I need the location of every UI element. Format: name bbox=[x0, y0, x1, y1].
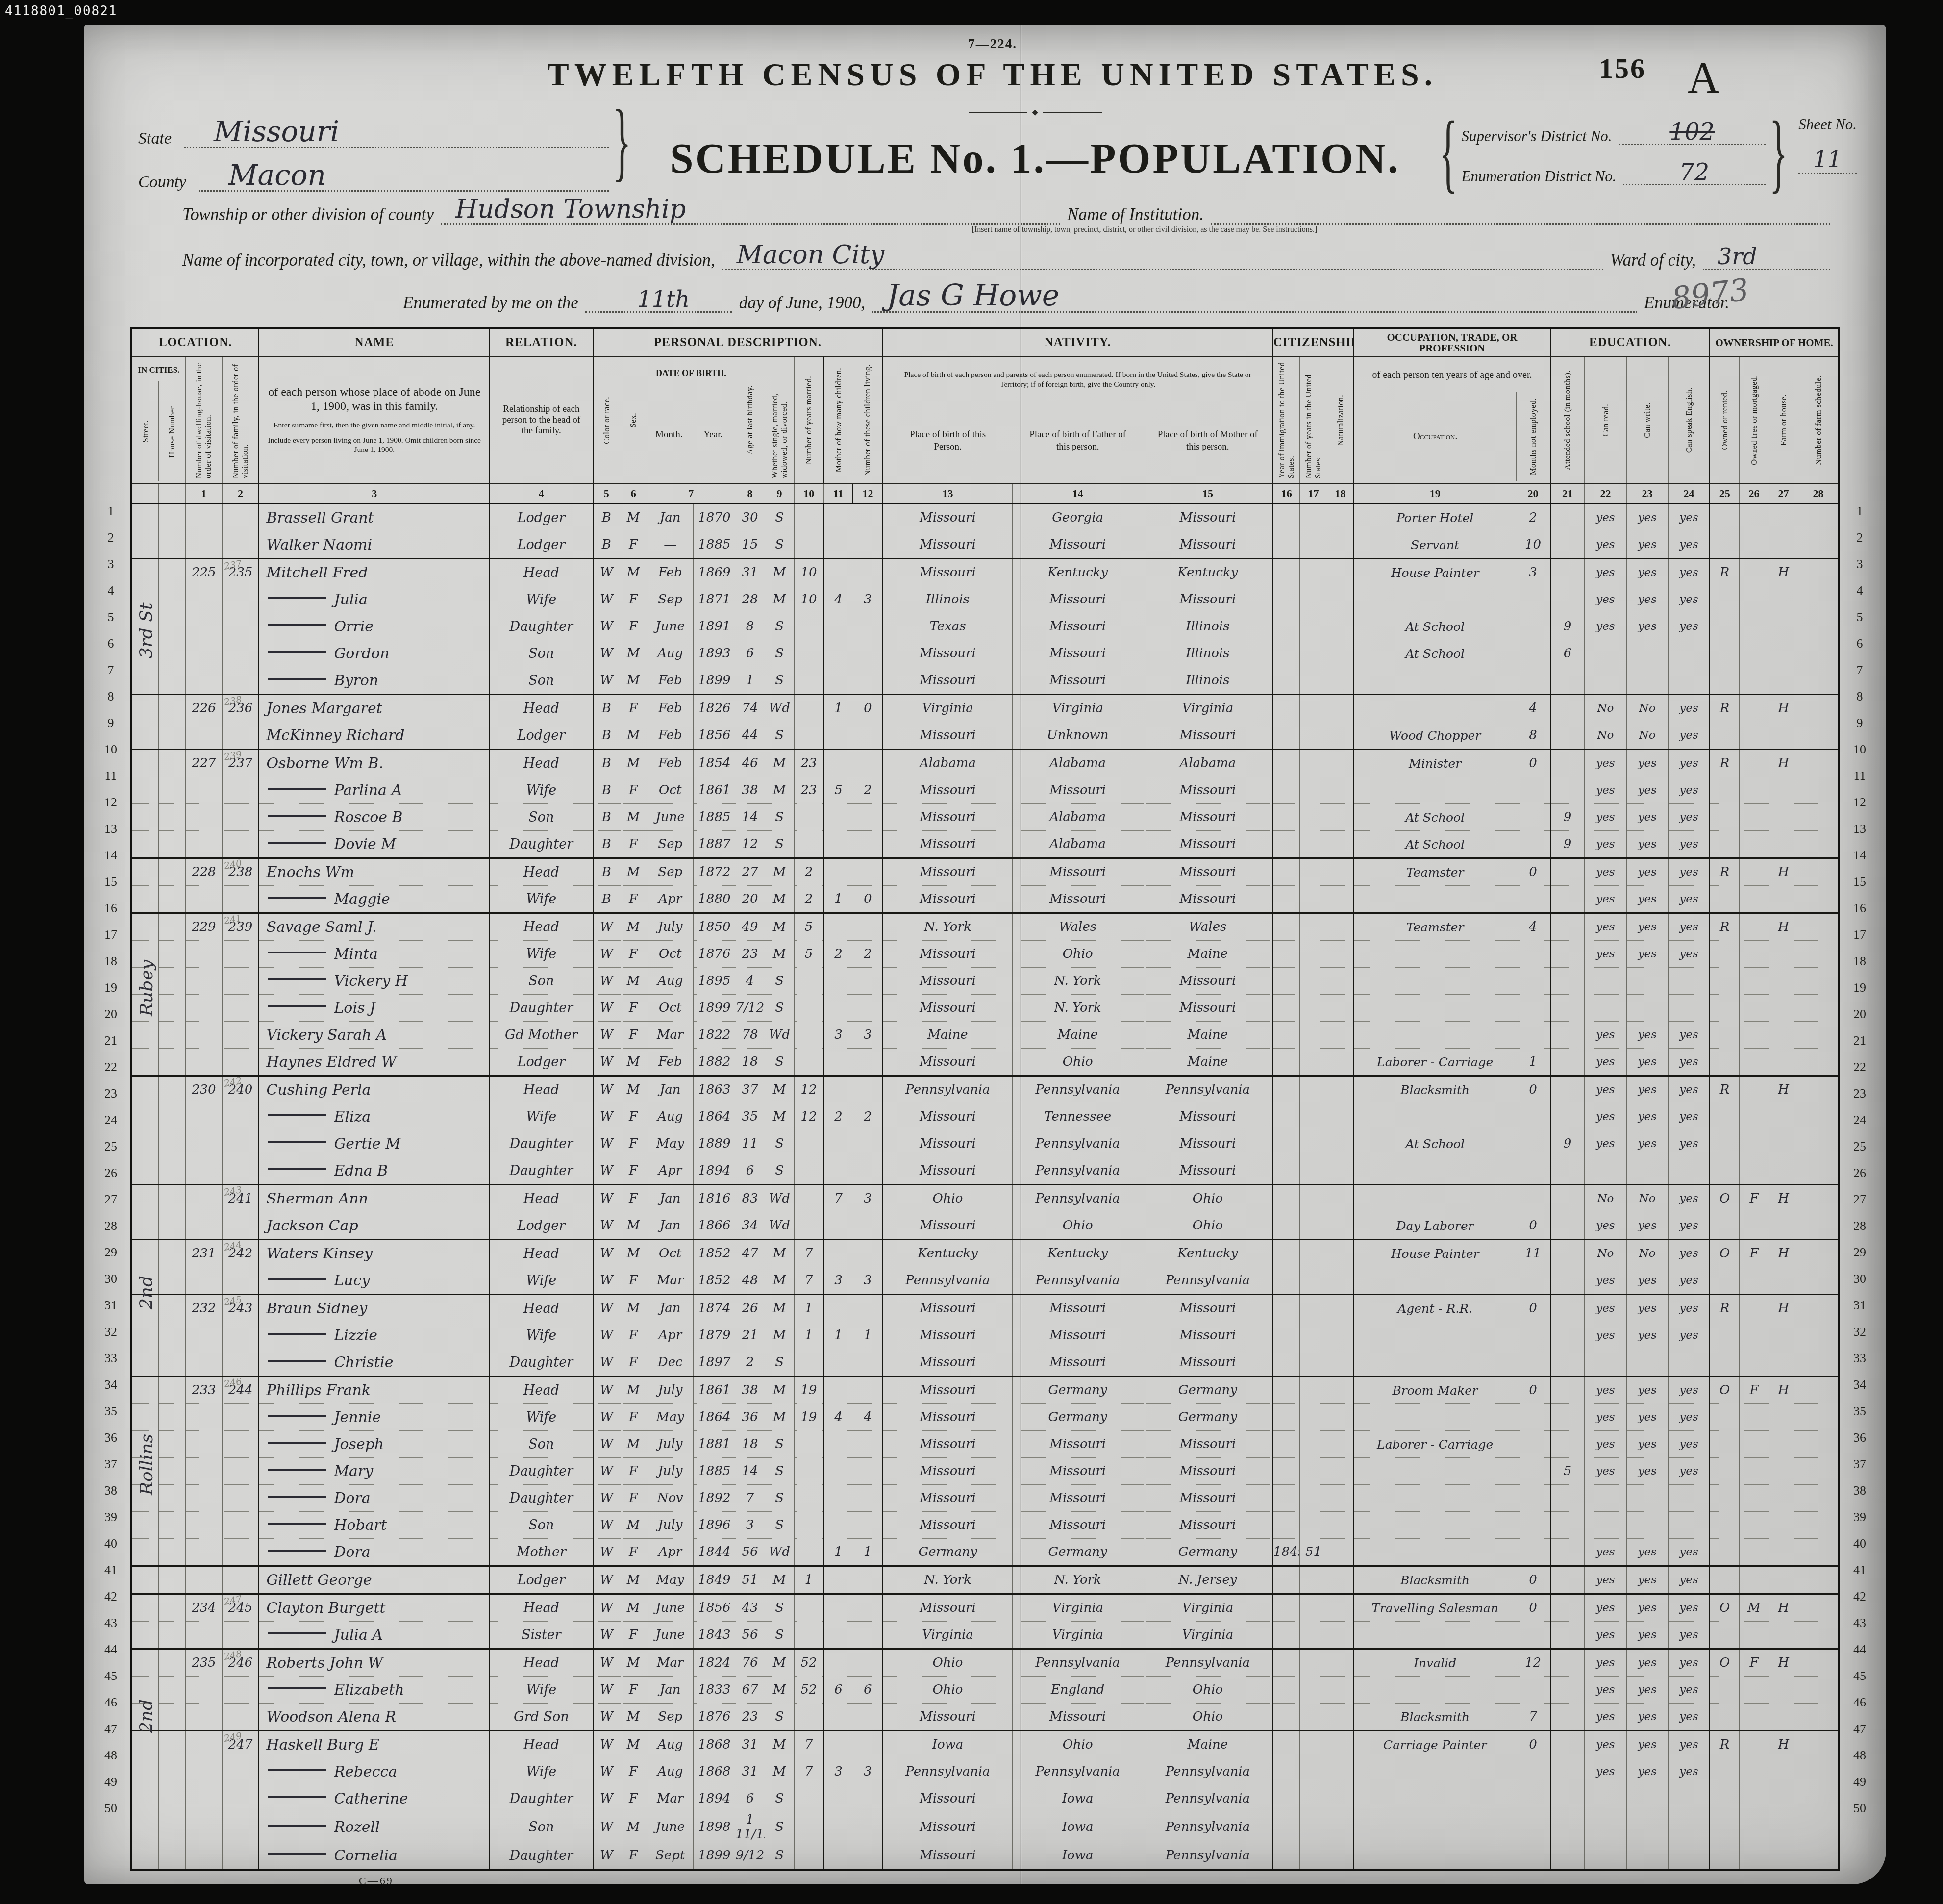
table-row: Vickery HSonWMAug18954SMissouriN. YorkMi… bbox=[131, 968, 1839, 995]
state-value: Missouri bbox=[184, 117, 609, 148]
page-title: TWELFTH CENSUS OF THE UNITED STATES. bbox=[128, 56, 1857, 94]
table-cell bbox=[1668, 640, 1710, 667]
table-cell: 1 bbox=[823, 1539, 853, 1566]
table-cell bbox=[1516, 804, 1550, 831]
table-cell: 1892 bbox=[694, 1485, 735, 1512]
table-cell: Jan bbox=[647, 1295, 694, 1322]
table-cell: Gordon bbox=[259, 640, 490, 667]
institution-label: Name of Institution. bbox=[1067, 205, 1204, 225]
table-cell bbox=[794, 1431, 823, 1458]
table-cell bbox=[1550, 941, 1585, 968]
table-cell bbox=[185, 1185, 222, 1212]
table-cell: S bbox=[765, 1842, 794, 1870]
table-cell bbox=[158, 1458, 185, 1485]
table-cell bbox=[1550, 695, 1585, 722]
ornament: ◆ bbox=[635, 107, 1435, 117]
table-cell: 10 bbox=[1516, 531, 1550, 559]
table-cell bbox=[1327, 1076, 1354, 1103]
table-cell: Agent - R.R. bbox=[1354, 1295, 1516, 1322]
table-cell bbox=[1273, 1566, 1300, 1594]
table-cell: M bbox=[620, 1295, 647, 1322]
table-cell: 31 bbox=[735, 1731, 765, 1758]
row-number: 39 bbox=[1840, 1504, 1879, 1530]
table-cell bbox=[222, 1812, 259, 1842]
table-cell bbox=[1300, 504, 1327, 531]
years-married-column-label: Number of years married. bbox=[794, 356, 823, 484]
table-cell: Apr bbox=[647, 1322, 694, 1349]
table-cell bbox=[1327, 1431, 1354, 1458]
table-cell: Maine bbox=[883, 1022, 1013, 1049]
pob-father-column-label: Place of birth of Father of this person. bbox=[1013, 401, 1143, 481]
table-cell bbox=[823, 1812, 853, 1842]
table-cell: yes bbox=[1626, 804, 1668, 831]
table-cell bbox=[1327, 1130, 1354, 1157]
table-cell bbox=[1739, 1267, 1769, 1295]
table-cell: Dovie M bbox=[259, 831, 490, 858]
table-cell bbox=[853, 1485, 882, 1512]
township-value: Hudson Township bbox=[441, 197, 1060, 225]
table-cell bbox=[158, 1649, 185, 1677]
table-cell: yes bbox=[1585, 586, 1626, 613]
row-number: 43 bbox=[1840, 1610, 1879, 1636]
table-cell bbox=[1710, 1049, 1739, 1076]
table-cell bbox=[131, 1594, 158, 1622]
table-cell: 10 bbox=[794, 559, 823, 586]
table-cell bbox=[1300, 586, 1327, 613]
table-cell: Head bbox=[490, 750, 593, 777]
table-cell: 4 bbox=[823, 1404, 853, 1431]
table-cell bbox=[1739, 613, 1769, 640]
table-cell: Pennsylvania bbox=[1013, 1649, 1143, 1677]
table-cell: H bbox=[1769, 1594, 1798, 1622]
table-cell bbox=[823, 1842, 853, 1870]
table-cell: 8 bbox=[1516, 722, 1550, 750]
table-cell: 51 bbox=[1300, 1539, 1327, 1566]
county-line: County Macon bbox=[138, 161, 609, 192]
table-cell: 7 bbox=[1516, 1704, 1550, 1731]
table-cell: 1844 bbox=[694, 1539, 735, 1566]
table-cell: M bbox=[765, 1649, 794, 1677]
table-cell bbox=[1327, 1267, 1354, 1295]
table-cell bbox=[1798, 1022, 1839, 1049]
table-cell bbox=[1327, 586, 1354, 613]
row-number: 18 bbox=[91, 948, 130, 975]
table-cell bbox=[222, 504, 259, 531]
table-cell bbox=[158, 995, 185, 1022]
table-cell bbox=[1798, 695, 1839, 722]
ditto-dash bbox=[268, 978, 326, 980]
table-cell bbox=[1769, 1103, 1798, 1130]
table-cell: W bbox=[593, 1431, 620, 1458]
column-number bbox=[158, 484, 185, 504]
table-cell: Wife bbox=[490, 886, 593, 913]
table-cell: Pennsylvania bbox=[1013, 1185, 1143, 1212]
table-cell bbox=[1626, 640, 1668, 667]
table-cell: 238236 bbox=[222, 695, 259, 722]
row-number: 44 bbox=[1840, 1636, 1879, 1663]
table-cell bbox=[131, 777, 158, 804]
table-cell bbox=[853, 1812, 882, 1842]
row-number: 49 bbox=[1840, 1769, 1879, 1795]
table-cell bbox=[1739, 858, 1769, 886]
table-cell: R bbox=[1710, 913, 1739, 941]
table-cell bbox=[794, 831, 823, 858]
table-cell: Aug bbox=[647, 640, 694, 667]
table-cell bbox=[1300, 1566, 1327, 1594]
table-cell bbox=[158, 1130, 185, 1157]
occupation-column-label: Occupation. bbox=[1354, 392, 1516, 481]
table-cell bbox=[853, 804, 882, 831]
table-cell: 1879 bbox=[694, 1322, 735, 1349]
table-cell bbox=[1798, 586, 1839, 613]
table-cell: 1826 bbox=[694, 695, 735, 722]
table-cell: yes bbox=[1626, 1622, 1668, 1649]
table-cell: Kentucky bbox=[1143, 1240, 1272, 1267]
table-cell bbox=[853, 1731, 882, 1758]
table-cell bbox=[222, 1704, 259, 1731]
table-cell bbox=[1739, 586, 1769, 613]
enumerated-line: Enumerated by me on the 11th day of June… bbox=[403, 281, 1729, 313]
table-cell bbox=[1550, 586, 1585, 613]
table-cell bbox=[853, 858, 882, 886]
table-cell: Byron bbox=[259, 667, 490, 695]
table-cell bbox=[1550, 722, 1585, 750]
table-cell: Maine bbox=[1143, 941, 1272, 968]
table-cell bbox=[222, 1485, 259, 1512]
table-cell bbox=[1710, 1130, 1739, 1157]
table-cell bbox=[1769, 1622, 1798, 1649]
table-cell: Mother bbox=[490, 1539, 593, 1566]
table-cell bbox=[158, 968, 185, 995]
scan-id-label: 4118801_00821 bbox=[5, 4, 118, 19]
table-cell bbox=[1300, 1404, 1327, 1431]
table-cell: W bbox=[593, 586, 620, 613]
table-cell bbox=[1273, 1049, 1300, 1076]
table-cell bbox=[1585, 667, 1626, 695]
table-cell: Brassell Grant bbox=[259, 504, 490, 531]
table-cell: S bbox=[765, 831, 794, 858]
row-number: 39 bbox=[91, 1504, 130, 1530]
table-cell: F bbox=[620, 1842, 647, 1870]
table-cell bbox=[1300, 1622, 1327, 1649]
table-cell bbox=[1273, 531, 1300, 559]
table-cell: Germany bbox=[1143, 1404, 1272, 1431]
table-row: 229241239Savage Saml J.HeadWMJuly185049M… bbox=[131, 913, 1839, 941]
table-cell: 4 bbox=[853, 1404, 882, 1431]
table-cell bbox=[1516, 1130, 1550, 1157]
table-cell: 4 bbox=[823, 586, 853, 613]
table-cell bbox=[131, 750, 158, 777]
table-cell: 14 bbox=[735, 1458, 765, 1485]
table-cell: Porter Hotel bbox=[1354, 504, 1516, 531]
table-cell bbox=[158, 722, 185, 750]
table-cell bbox=[1327, 1758, 1354, 1785]
row-number: 11 bbox=[1840, 763, 1879, 789]
table-cell bbox=[131, 1267, 158, 1295]
table-cell: yes bbox=[1668, 1267, 1710, 1295]
table-cell: Missouri bbox=[1013, 640, 1143, 667]
table-cell bbox=[1327, 804, 1354, 831]
table-cell: F bbox=[620, 995, 647, 1022]
table-cell: 23 bbox=[735, 1704, 765, 1731]
table-cell bbox=[1516, 1185, 1550, 1212]
table-cell: 1882 bbox=[694, 1049, 735, 1076]
table-cell bbox=[1769, 1404, 1798, 1431]
table-cell bbox=[158, 1185, 185, 1212]
table-cell: Missouri bbox=[883, 1130, 1013, 1157]
table-cell: Minister bbox=[1354, 750, 1516, 777]
table-cell: yes bbox=[1668, 1212, 1710, 1240]
group-location: LOCATION. bbox=[131, 328, 259, 356]
table-cell: 2 bbox=[853, 941, 882, 968]
table-cell bbox=[1739, 750, 1769, 777]
table-cell bbox=[1668, 1512, 1710, 1539]
ditto-dash bbox=[268, 1632, 326, 1634]
table-cell bbox=[222, 1322, 259, 1349]
table-cell bbox=[1710, 1758, 1739, 1785]
table-cell bbox=[1273, 1622, 1300, 1649]
table-cell: Wife bbox=[490, 777, 593, 804]
table-cell: Day Laborer bbox=[1354, 1212, 1516, 1240]
table-row: Roscoe BSonBMJune188514SMissouriAlabamaM… bbox=[131, 804, 1839, 831]
table-cell: May bbox=[647, 1404, 694, 1431]
ditto-dash bbox=[268, 1496, 326, 1498]
table-cell: Missouri bbox=[1143, 831, 1272, 858]
table-cell bbox=[1585, 1485, 1626, 1512]
table-cell bbox=[1300, 1295, 1327, 1322]
table-cell: F bbox=[620, 1539, 647, 1566]
column-number: 21 bbox=[1550, 484, 1585, 504]
table-cell bbox=[131, 1377, 158, 1404]
table-cell: 23 bbox=[794, 750, 823, 777]
table-cell: 19 bbox=[794, 1377, 823, 1404]
row-number: 6 bbox=[91, 630, 130, 657]
table-cell: Roscoe B bbox=[259, 804, 490, 831]
table-cell: Missouri bbox=[1013, 1349, 1143, 1377]
table-cell bbox=[1300, 1785, 1327, 1812]
table-cell bbox=[1273, 1649, 1300, 1677]
table-cell bbox=[185, 777, 222, 804]
header-band: State Missouri County Macon } ◆ SCHEDULE… bbox=[128, 104, 1857, 192]
table-cell bbox=[1798, 1377, 1839, 1404]
table-cell bbox=[823, 531, 853, 559]
table-cell: O bbox=[1710, 1594, 1739, 1622]
table-cell bbox=[1273, 1431, 1300, 1458]
table-cell bbox=[1300, 831, 1327, 858]
table-cell: Daughter bbox=[490, 1485, 593, 1512]
table-cell: W bbox=[593, 1049, 620, 1076]
table-cell: Aug bbox=[647, 1731, 694, 1758]
table-cell bbox=[1327, 1649, 1354, 1677]
table-cell: Broom Maker bbox=[1354, 1377, 1516, 1404]
table-cell: Dora bbox=[259, 1539, 490, 1566]
row-number: 11 bbox=[91, 763, 130, 789]
table-cell bbox=[823, 640, 853, 667]
table-cell: Eliza bbox=[259, 1103, 490, 1130]
table-cell: W bbox=[593, 1622, 620, 1649]
table-cell bbox=[1798, 1758, 1839, 1785]
table-cell: N. York bbox=[1013, 995, 1143, 1022]
table-cell: F bbox=[620, 777, 647, 804]
table-cell: 227 bbox=[185, 750, 222, 777]
table-cell: yes bbox=[1668, 586, 1710, 613]
table-cell: W bbox=[593, 1758, 620, 1785]
table-cell: Jan bbox=[647, 504, 694, 531]
table-cell bbox=[853, 968, 882, 995]
table-cell: W bbox=[593, 559, 620, 586]
table-row: GordonSonWMAug18936SMissouriMissouriIlli… bbox=[131, 640, 1839, 667]
table-cell: Blacksmith bbox=[1354, 1076, 1516, 1103]
table-cell bbox=[1300, 640, 1327, 667]
table-cell bbox=[185, 1157, 222, 1185]
row-number: 41 bbox=[91, 1557, 130, 1583]
table-cell: Alabama bbox=[1143, 750, 1272, 777]
table-cell bbox=[1769, 1785, 1798, 1812]
table-cell: Maine bbox=[1143, 1049, 1272, 1076]
table-cell bbox=[1516, 1322, 1550, 1349]
table-cell: N. York bbox=[883, 913, 1013, 941]
table-cell bbox=[1739, 1322, 1769, 1349]
table-cell: Head bbox=[490, 1649, 593, 1677]
table-cell: 21 bbox=[735, 1322, 765, 1349]
table-cell: F bbox=[1739, 1377, 1769, 1404]
table-cell: 243241 bbox=[222, 1185, 259, 1212]
table-cell: W bbox=[593, 1566, 620, 1594]
table-cell bbox=[1327, 1458, 1354, 1485]
row-number: 42 bbox=[1840, 1583, 1879, 1610]
table-cell: S bbox=[765, 1812, 794, 1842]
column-number: 9 bbox=[765, 484, 794, 504]
table-cell: Alabama bbox=[883, 750, 1013, 777]
table-cell bbox=[1739, 559, 1769, 586]
table-cell bbox=[1739, 1458, 1769, 1485]
table-cell: 1889 bbox=[694, 1130, 735, 1157]
table-cell bbox=[1516, 1842, 1550, 1870]
table-cell: N. Jersey bbox=[1143, 1566, 1272, 1594]
table-cell: 2 bbox=[823, 1103, 853, 1130]
table-cell: 3 bbox=[823, 1022, 853, 1049]
pencil-renumber: 243 bbox=[223, 1185, 243, 1198]
table-cell bbox=[1354, 1512, 1516, 1539]
table-cell: Orrie bbox=[259, 613, 490, 640]
table-cell bbox=[1769, 941, 1798, 968]
table-cell bbox=[1626, 1512, 1668, 1539]
table-cell bbox=[794, 1212, 823, 1240]
table-cell bbox=[853, 559, 882, 586]
table-cell: F bbox=[620, 1322, 647, 1349]
ditto-dash bbox=[268, 1796, 326, 1798]
table-cell bbox=[1739, 913, 1769, 941]
table-cell bbox=[1769, 1812, 1798, 1842]
table-cell bbox=[1354, 777, 1516, 804]
table-cell: 0 bbox=[1516, 1076, 1550, 1103]
ditto-dash bbox=[268, 1360, 326, 1362]
enumeration-district-line: Enumeration District No. 72 bbox=[1461, 162, 1765, 186]
pencil-renumber: 239 bbox=[223, 750, 243, 763]
row-number: 22 bbox=[1840, 1054, 1879, 1080]
table-cell: Julia A bbox=[259, 1622, 490, 1649]
table-cell: M bbox=[620, 1512, 647, 1539]
row-number: 25 bbox=[91, 1133, 130, 1160]
row-number: 13 bbox=[1840, 816, 1879, 842]
table-cell bbox=[1300, 941, 1327, 968]
table-cell: 1 bbox=[794, 1322, 823, 1349]
table-cell bbox=[1273, 1785, 1300, 1812]
table-cell bbox=[185, 968, 222, 995]
table-cell bbox=[185, 1731, 222, 1758]
table-cell: yes bbox=[1626, 941, 1668, 968]
table-cell bbox=[1354, 667, 1516, 695]
table-cell bbox=[1300, 1130, 1327, 1157]
table-cell: yes bbox=[1668, 1649, 1710, 1677]
table-cell bbox=[1585, 640, 1626, 667]
table-cell bbox=[1798, 1349, 1839, 1377]
table-cell bbox=[823, 1431, 853, 1458]
pencil-renumber: 249 bbox=[223, 1731, 243, 1744]
table-cell: yes bbox=[1626, 913, 1668, 941]
table-cell bbox=[1798, 613, 1839, 640]
table-cell bbox=[185, 1758, 222, 1785]
table-cell bbox=[1769, 1431, 1798, 1458]
table-cell bbox=[222, 1404, 259, 1431]
table-cell bbox=[131, 1212, 158, 1240]
table-cell: Missouri bbox=[883, 995, 1013, 1022]
table-cell bbox=[1739, 1022, 1769, 1049]
table-cell: yes bbox=[1668, 1704, 1710, 1731]
table-cell bbox=[1550, 1076, 1585, 1103]
table-cell: Mar bbox=[647, 1022, 694, 1049]
table-cell bbox=[1273, 1677, 1300, 1704]
table-cell bbox=[158, 804, 185, 831]
table-cell bbox=[185, 1842, 222, 1870]
table-cell bbox=[823, 1731, 853, 1758]
table-cell bbox=[1739, 831, 1769, 858]
table-cell: M bbox=[765, 1295, 794, 1322]
table-cell: yes bbox=[1626, 831, 1668, 858]
row-number: 12 bbox=[1840, 789, 1879, 816]
table-cell: 1887 bbox=[694, 831, 735, 858]
enumerator-name: Jas G Howe bbox=[872, 281, 1637, 313]
table-cell bbox=[1710, 1431, 1739, 1458]
table-cell bbox=[1798, 913, 1839, 941]
table-cell: Mar bbox=[647, 1785, 694, 1812]
table-cell bbox=[158, 1267, 185, 1295]
table-cell bbox=[853, 1842, 882, 1870]
table-cell bbox=[131, 1322, 158, 1349]
table-cell bbox=[131, 995, 158, 1022]
table-cell bbox=[1516, 1103, 1550, 1130]
table-cell: 0 bbox=[1516, 1212, 1550, 1240]
table-cell bbox=[1300, 1704, 1327, 1731]
table-cell bbox=[1769, 1212, 1798, 1240]
table-cell bbox=[1769, 1485, 1798, 1512]
table-cell bbox=[131, 1812, 158, 1842]
table-cell: 35 bbox=[735, 1103, 765, 1130]
table-cell bbox=[185, 1322, 222, 1349]
table-cell bbox=[1354, 695, 1516, 722]
group-header-row: LOCATION. NAME RELATION. PERSONAL DESCRI… bbox=[131, 328, 1839, 356]
table-cell: Pennsylvania bbox=[1013, 1157, 1143, 1185]
table-cell bbox=[1798, 1677, 1839, 1704]
supervisor-district-line: Supervisor's District No. 102 bbox=[1461, 121, 1765, 145]
table-row: 249247Haskell Burg EHeadWMAug186831M7Iow… bbox=[131, 1731, 1839, 1758]
table-cell: Pennsylvania bbox=[1013, 1267, 1143, 1295]
table-cell bbox=[1516, 1404, 1550, 1431]
table-cell bbox=[794, 1622, 823, 1649]
table-cell bbox=[853, 504, 882, 531]
table-cell bbox=[853, 1458, 882, 1485]
table-cell: M bbox=[765, 1404, 794, 1431]
